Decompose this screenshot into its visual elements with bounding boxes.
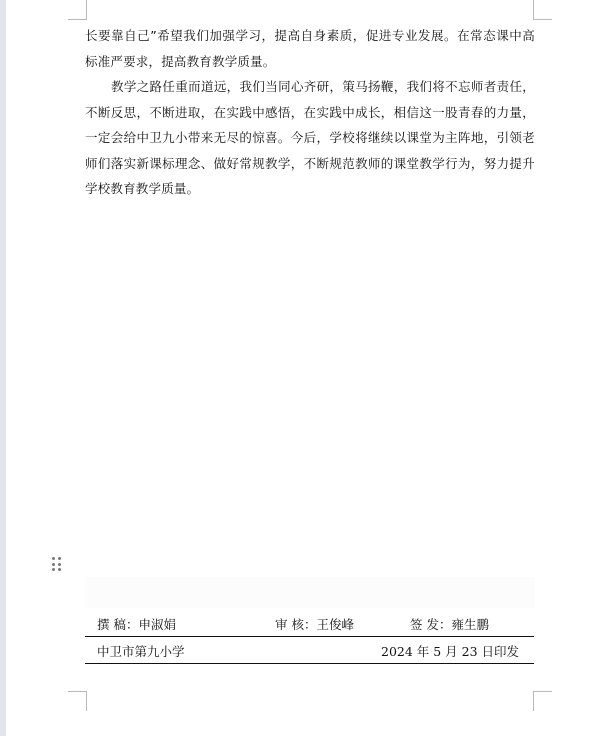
- margin-corner-bottom-left: [68, 691, 87, 711]
- issue-date[interactable]: 2024 年 5 月 23 日印发: [381, 642, 519, 660]
- footer-signature-row[interactable]: 撰 稿：申淑娟 审 核：王俊峰 签 发：雍生鹏: [85, 610, 534, 637]
- document-body[interactable]: 长要靠自己”希望我们加强学习，提高自身素质，促进专业发展。在常态课中高标准严要求…: [85, 23, 535, 202]
- drag-handle-icon[interactable]: [52, 557, 61, 571]
- organization-name[interactable]: 中卫市第九小学: [97, 642, 185, 660]
- empty-table-row[interactable]: [85, 577, 535, 608]
- paragraph-1[interactable]: 长要靠自己”希望我们加强学习，提高自身素质，促进专业发展。在常态课中高标准严要求…: [85, 23, 535, 74]
- author-field[interactable]: 撰 稿：申淑娟: [97, 615, 176, 633]
- margin-corner-top-right: [533, 0, 552, 20]
- reviewer-field[interactable]: 审 核：王俊峰: [275, 615, 354, 633]
- footer-issue-row[interactable]: 中卫市第九小学 2024 年 5 月 23 日印发: [85, 637, 534, 664]
- issuer-field[interactable]: 签 发：雍生鹏: [410, 615, 489, 633]
- window-left-edge: [0, 0, 6, 736]
- margin-corner-top-left: [68, 0, 87, 20]
- paragraph-2[interactable]: 教学之路任重而道远，我们当同心齐研，策马扬鞭，我们将不忘师者责任，不断反思，不断…: [85, 74, 535, 202]
- margin-corner-bottom-right: [533, 691, 552, 711]
